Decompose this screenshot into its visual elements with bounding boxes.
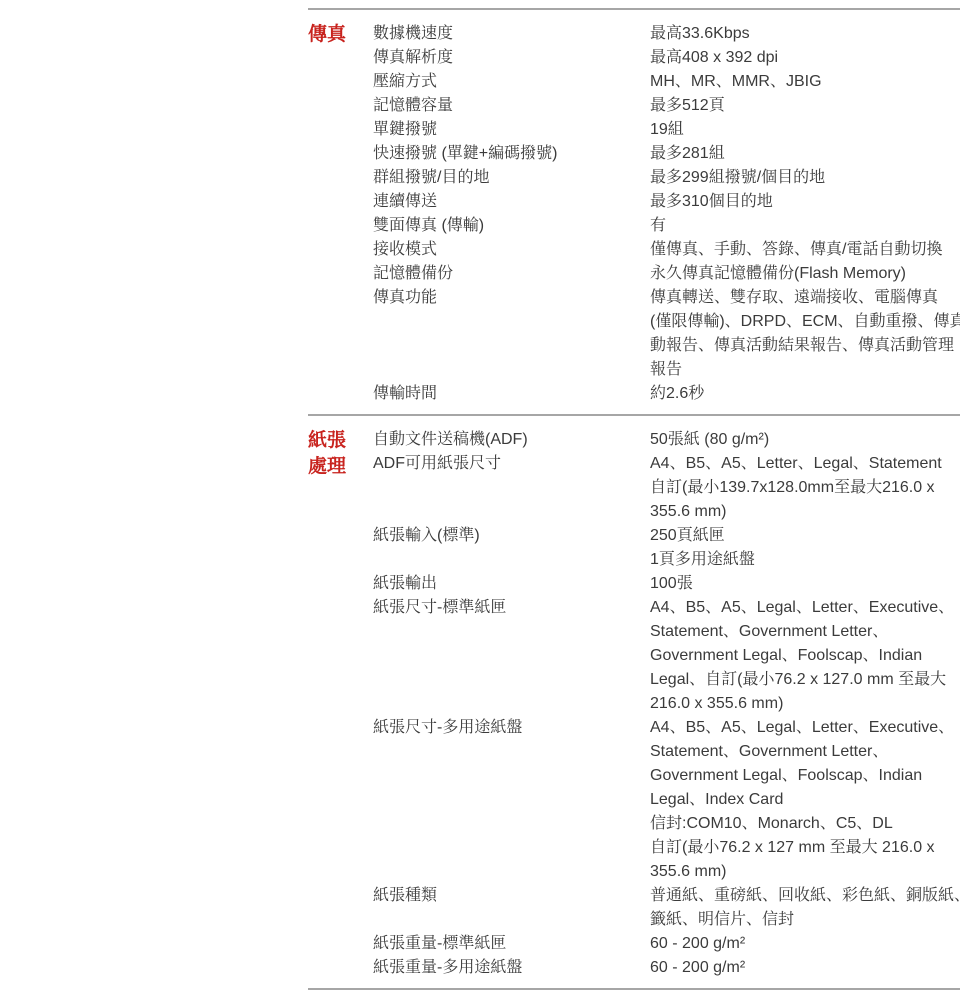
- section-title: 傳真: [308, 22, 373, 406]
- spec-label: 雙面傳真 (傳輸): [373, 214, 650, 238]
- spec-label: 記憶體備份: [373, 262, 650, 286]
- spec-value: 19組: [650, 118, 960, 142]
- spec-label: 壓縮方式: [373, 70, 650, 94]
- spec-label: ADF可用紙張尺寸: [373, 452, 650, 476]
- spec-label: 紙張重量-多用途紙盤: [373, 956, 650, 980]
- spec-value: 100張: [650, 572, 960, 596]
- spec-sections: 傳真數據機速度最高33.6Kbps傳真解析度最高408 x 392 dpi壓縮方…: [308, 10, 960, 984]
- spec-value: 250頁紙匣 1頁多用途紙盤: [650, 524, 960, 572]
- spec-label: 群組撥號/目的地: [373, 166, 650, 190]
- spec-row: 紙張輸入(標準)250頁紙匣 1頁多用途紙盤: [373, 524, 960, 572]
- spec-value: 約2.6秒: [650, 382, 960, 406]
- spec-row: 紙張重量-標準紙匣60 - 200 g/m²: [373, 932, 960, 956]
- spec-label: 紙張重量-標準紙匣: [373, 932, 650, 956]
- spec-row: 傳輸時間約2.6秒: [373, 382, 960, 406]
- spec-label: 單鍵撥號: [373, 118, 650, 142]
- spec-label: 自動文件送稿機(ADF): [373, 428, 650, 452]
- spec-row: 快速撥號 (單鍵+編碼撥號)最多281組: [373, 142, 960, 166]
- spec-value: 60 - 200 g/m²: [650, 932, 960, 956]
- spec-row: 傳真解析度最高408 x 392 dpi: [373, 46, 960, 70]
- spec-label: 紙張尺寸-標準紙匣: [373, 596, 650, 620]
- spec-row: 記憶體容量最多512頁: [373, 94, 960, 118]
- spec-row: 記憶體備份永久傳真記憶體備份(Flash Memory): [373, 262, 960, 286]
- spec-value: A4、B5、A5、Legal、Letter、Executive、 Stateme…: [650, 716, 960, 884]
- spec-value: 最多512頁: [650, 94, 960, 118]
- spec-value: 有: [650, 214, 960, 238]
- spec-row: ADF可用紙張尺寸A4、B5、A5、Letter、Legal、Statement…: [373, 452, 960, 524]
- spec-row: 數據機速度最高33.6Kbps: [373, 22, 960, 46]
- spec-rows: 自動文件送稿機(ADF)50張紙 (80 g/m²)ADF可用紙張尺寸A4、B5…: [373, 428, 960, 980]
- spec-row: 傳真功能傳真轉送、雙存取、遠端接收、電腦傳真 (僅限傳輸)、DRPD、ECM、自…: [373, 286, 960, 382]
- spec-label: 傳真功能: [373, 286, 650, 310]
- spec-value: 最多281組: [650, 142, 960, 166]
- spec-label: 記憶體容量: [373, 94, 650, 118]
- spec-row: 壓縮方式MH、MR、MMR、JBIG: [373, 70, 960, 94]
- spec-label: 紙張輸出: [373, 572, 650, 596]
- spec-rows: 數據機速度最高33.6Kbps傳真解析度最高408 x 392 dpi壓縮方式M…: [373, 22, 960, 406]
- spec-label: 接收模式: [373, 238, 650, 262]
- spec-section: 紙張 處理自動文件送稿機(ADF)50張紙 (80 g/m²)ADF可用紙張尺寸…: [308, 416, 960, 984]
- spec-label: 傳輸時間: [373, 382, 650, 406]
- spec-value: 60 - 200 g/m²: [650, 956, 960, 980]
- spec-row: 雙面傳真 (傳輸)有: [373, 214, 960, 238]
- spec-row: 紙張重量-多用途紙盤60 - 200 g/m²: [373, 956, 960, 980]
- spec-value: 普通紙、重磅紙、回收紙、彩色紙、銅版紙、標 籤紙、明信片、信封: [650, 884, 960, 932]
- spec-row: 群組撥號/目的地最多299組撥號/個目的地: [373, 166, 960, 190]
- spec-value: 僅傳真、手動、答錄、傳真/電話自動切換: [650, 238, 960, 262]
- section-title: 紙張 處理: [308, 428, 373, 980]
- spec-row: 紙張種類普通紙、重磅紙、回收紙、彩色紙、銅版紙、標 籤紙、明信片、信封: [373, 884, 960, 932]
- spec-value: 最多299組撥號/個目的地: [650, 166, 960, 190]
- spec-value: 最高408 x 392 dpi: [650, 46, 960, 70]
- spec-label: 快速撥號 (單鍵+編碼撥號): [373, 142, 650, 166]
- spec-row: 接收模式僅傳真、手動、答錄、傳真/電話自動切換: [373, 238, 960, 262]
- spec-label: 紙張尺寸-多用途紙盤: [373, 716, 650, 740]
- spec-label: 紙張輸入(標準): [373, 524, 650, 548]
- spec-label: 數據機速度: [373, 22, 650, 46]
- spec-value: 傳真轉送、雙存取、遠端接收、電腦傳真 (僅限傳輸)、DRPD、ECM、自動重撥、…: [650, 286, 960, 382]
- spec-value: 最高33.6Kbps: [650, 22, 960, 46]
- spec-row: 自動文件送稿機(ADF)50張紙 (80 g/m²): [373, 428, 960, 452]
- spec-row: 連續傳送最多310個目的地: [373, 190, 960, 214]
- spec-sheet: 傳真數據機速度最高33.6Kbps傳真解析度最高408 x 392 dpi壓縮方…: [308, 0, 960, 984]
- spec-label: 傳真解析度: [373, 46, 650, 70]
- spec-row: 紙張尺寸-多用途紙盤A4、B5、A5、Legal、Letter、Executiv…: [373, 716, 960, 884]
- spec-value: 50張紙 (80 g/m²): [650, 428, 960, 452]
- spec-value: 最多310個目的地: [650, 190, 960, 214]
- spec-row: 紙張尺寸-標準紙匣A4、B5、A5、Legal、Letter、Executive…: [373, 596, 960, 716]
- spec-value: MH、MR、MMR、JBIG: [650, 70, 960, 94]
- spec-label: 連續傳送: [373, 190, 650, 214]
- spec-section: 傳真數據機速度最高33.6Kbps傳真解析度最高408 x 392 dpi壓縮方…: [308, 10, 960, 414]
- spec-value: A4、B5、A5、Letter、Legal、Statement 自訂(最小139…: [650, 452, 960, 524]
- spec-label: 紙張種類: [373, 884, 650, 908]
- spec-value: A4、B5、A5、Legal、Letter、Executive、 Stateme…: [650, 596, 960, 716]
- spec-row: 單鍵撥號19組: [373, 118, 960, 142]
- spec-row: 紙張輸出100張: [373, 572, 960, 596]
- spec-value: 永久傳真記憶體備份(Flash Memory): [650, 262, 960, 286]
